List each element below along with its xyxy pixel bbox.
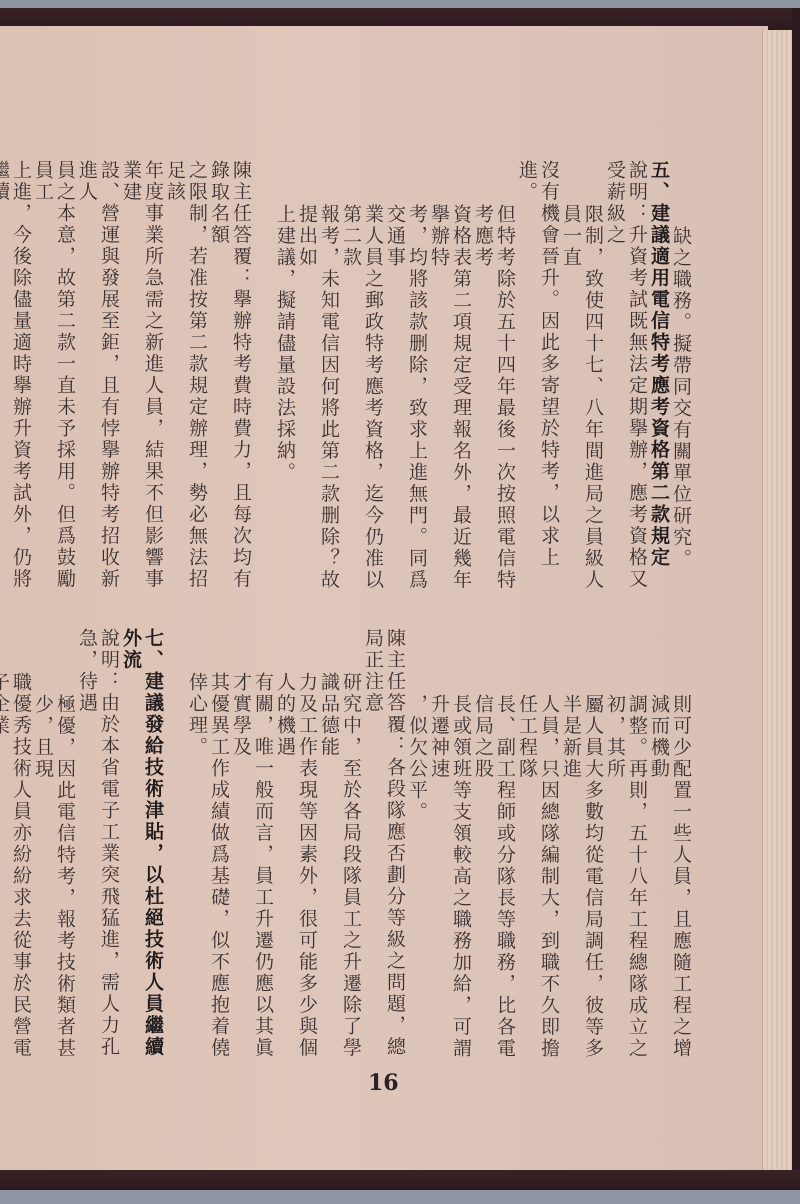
item7-heading: 七、建議發給技術津貼，以杜絕技術人員繼續外流 <box>120 628 164 1068</box>
item6-cont-line: 調整。再則，五十八年工程總隊成立之初，其所 <box>604 628 648 1068</box>
item5-explanation-line: 沒有機會晉升。因此多寄望於特考，以求上進。 <box>516 160 560 610</box>
item6-cont-line: 長或領班等支領較高之職務加給，可謂升遷神速 <box>428 628 472 1068</box>
reply-label: 陳主任答覆： <box>230 160 252 289</box>
item6-cont-line: 屬人員大多數均從電信局調任，彼等多半是新進 <box>560 628 604 1068</box>
item5-explanation-line: 業人員之郵政特考應考資格，迄今仍准以第二款 <box>340 160 384 610</box>
item5-explanation-line: 說明：升資考試既無法定期擧辦，應考資格又受薪級之 <box>604 160 648 610</box>
top-text-block: 缺之職務。擬帶同交有關單位研究。 五、建議適用電信特考應考資格第二款規定 說明：… <box>0 160 692 610</box>
item5-explanation-line: 限制，致使四十七、八年間進局之員級人員一直 <box>560 160 604 610</box>
item5-explanation-line: 但特考除於五十四年最後一次按照電信特考應考 <box>472 160 516 610</box>
item5-reply-line: 之限制，若准按第二款規定辦理，勢必無法招足該 <box>164 160 208 610</box>
bottom-text-block: 則可少配置一些人員，且應隨工程之增減而機動 調整。再則，五十八年工程總隊成立之初… <box>0 628 692 1068</box>
continuation-line: 缺之職務。擬帶同交有關單位研究。 <box>670 160 692 610</box>
item6-reply-line: 陳主任答覆：各段隊應否劃分等級之問題，總局正注意 <box>362 628 406 1068</box>
item5-reply-line: 上進，今後除儘量適時擧辦升資考試外，仍將繼續 <box>0 160 32 610</box>
item7-explanation-line: 極優，因此電信特考，報考技術類者甚少，且現 <box>32 628 76 1068</box>
item5-reply-line: 設、營運與發展至鉅，且有悖擧辦特考招收新進人 <box>76 160 120 610</box>
item6-cont-line: 長、副工程師或分隊長等職務，比各電信局之股 <box>472 628 516 1068</box>
item5-explanation-line: 考，均將該款删除，致求上進無門。同爲交通事 <box>384 160 428 610</box>
item6-reply-line: 研究中，至於各局段隊員工之升遷除了學識品德能 <box>318 628 362 1068</box>
item5-reply-line: 年度事業所急需之新進人員，結果不但影響事業建 <box>120 160 164 610</box>
item5-explanation-line: 上建議，擬請儘量設法採納。 <box>274 160 296 610</box>
page-number: 16 <box>368 1070 399 1096</box>
reply-label: 陳主任答覆： <box>384 628 406 757</box>
item5-explanation-line: 資格表第二項規定受理報名外，最近幾年擧辦特 <box>428 160 472 610</box>
page-stack-edges <box>762 30 793 1172</box>
book-cover-right-edge <box>792 8 800 1190</box>
item6-reply-line: 力及工作表現等因素外，很可能多少與個人的機遇 <box>274 628 318 1068</box>
book-cover-bottom-edge <box>0 1170 800 1190</box>
explanation-label: 說明： <box>626 160 648 225</box>
item5-explanation-line: 報考，未知電信因何將此第二款删除？故提出如 <box>296 160 340 610</box>
item5-heading: 五、建議適用電信特考應考資格第二款規定 <box>648 160 670 610</box>
item6-cont-line: 人員，只因總隊編制大，到職不久即擔任工程隊 <box>516 628 560 1068</box>
item5-reply-line: 員之本意，故第二款一直未予採用。但爲鼓勵員工 <box>32 160 76 610</box>
item5-reply-line: 陳主任答覆：擧辦特考費時費力，且每次均有錄取名額 <box>208 160 252 610</box>
item6-reply-line: 其優異工作成績做爲基礎，似不應抱着僥倖心理。 <box>186 628 230 1068</box>
explanation-label: 說明： <box>98 628 120 693</box>
item6-reply-line: 有關，唯一般而言，員工升遷仍應以其眞才實學及 <box>230 628 274 1068</box>
item6-cont-line: ，似欠公平。 <box>406 628 428 1068</box>
item7-explanation-line: 職優秀技術人員亦紛紛求去從事於民營電子企業 <box>0 628 32 1068</box>
item7-explanation-line: 說明：由於本省電子工業突飛猛進，需人力孔急，待遇 <box>76 628 120 1068</box>
item6-cont-line: 則可少配置一些人員，且應隨工程之增減而機動 <box>648 628 692 1068</box>
